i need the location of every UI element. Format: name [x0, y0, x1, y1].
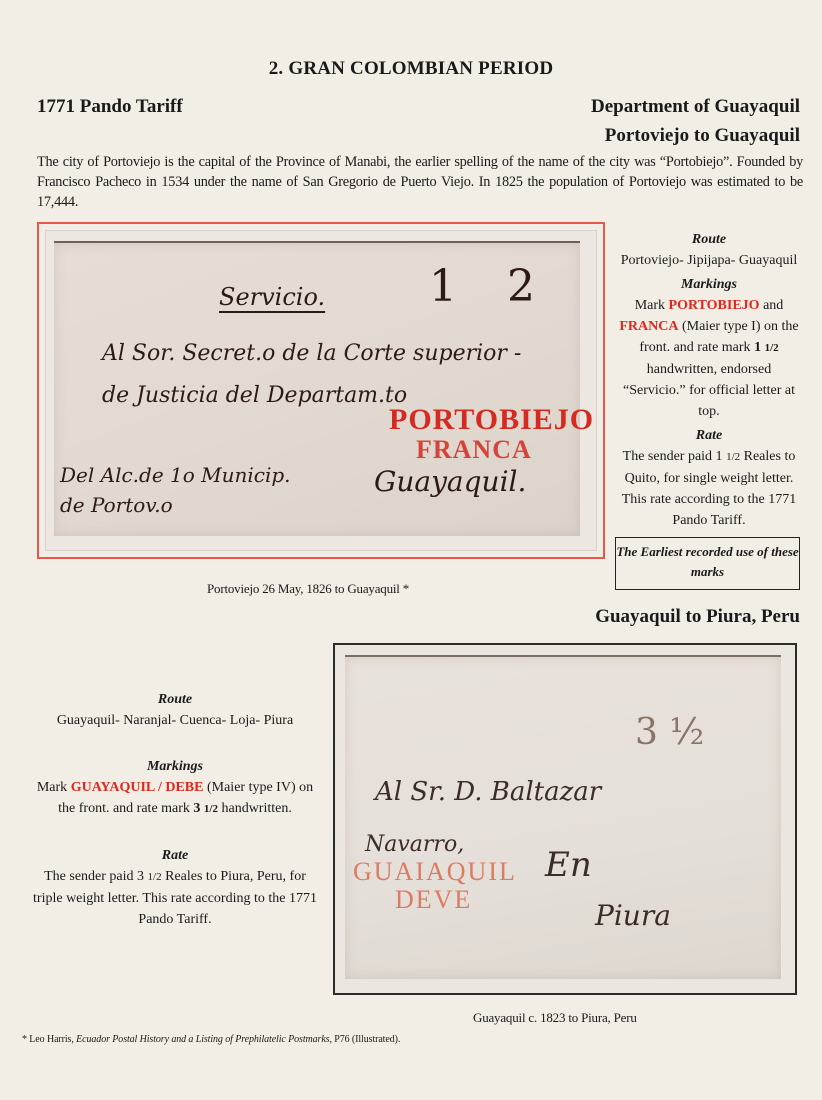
rate-text-1: The sender paid 1 [623, 449, 726, 464]
section1-title: Portoviejo to Guayaquil [605, 125, 800, 147]
markings-prefix: Mark [37, 780, 71, 795]
rate-fraction: 1/2 [726, 451, 740, 463]
letter2-frame: 3 ½ Al Sr. D. Baltazar Navarro, GUAIAQUI… [333, 643, 797, 995]
letter2-cover-image: 3 ½ Al Sr. D. Baltazar Navarro, GUAIAQUI… [345, 655, 781, 979]
rate-text: The sender paid 1 1/2 Reales to Quito, f… [614, 446, 804, 531]
route-heading: Route [614, 229, 804, 250]
footnote-prefix: * Leo Harris, [22, 1034, 76, 1045]
postmark-deve: DEVE [395, 885, 472, 915]
markings-and: and [760, 298, 784, 313]
postmark-portobiejo: PORTOBIEJO [389, 403, 594, 437]
letter2-caption: Guayaquil c. 1823 to Piura, Peru [473, 1010, 637, 1026]
rate-mark-handwritten: 1 2 [429, 261, 553, 312]
letter1-description: Route Portoviejo- Jipijapa- Guayaquil Ma… [614, 226, 804, 531]
earliest-use-note: The Earliest recorded use of these marks [615, 537, 800, 590]
intro-paragraph: The city of Portoviejo is the capital of… [37, 152, 803, 212]
letter1-frame: Servicio. 1 2 Al Sor. Secret.o de la Cor… [37, 222, 605, 559]
tariff-subtitle: 1771 Pando Tariff [37, 96, 183, 118]
rate-heading: Rate [614, 425, 804, 446]
letter1-mount: Servicio. 1 2 Al Sor. Secret.o de la Cor… [45, 230, 597, 551]
mark-guayaquil-debe: GUAYAQUIL / DEBE [71, 780, 204, 795]
mark-franca: FRANCA [619, 319, 678, 334]
postmark-guaiaquil: GUAIAQUIL [353, 857, 517, 887]
rate-mark-handwritten: 3 ½ [635, 712, 704, 753]
rate-whole: 3 [193, 801, 200, 816]
sender-line-1: Del Alc.de 1o Municip. [60, 463, 291, 487]
markings-heading: Markings [30, 756, 320, 777]
route-heading: Route [30, 689, 320, 710]
markings-text-2: handwritten, endorsed “Servicio.” for of… [623, 362, 795, 419]
letter1-cover-image: Servicio. 1 2 Al Sor. Secret.o de la Cor… [54, 241, 580, 536]
department-subtitle: Department of Guayaquil [591, 96, 800, 118]
footnote-book-title: Ecuador Postal History and a Listing of … [76, 1034, 329, 1045]
letter1-caption: Portoviejo 26 May, 1826 to Guayaquil * [207, 581, 409, 597]
route-text: Portoviejo- Jipijapa- Guayaquil [614, 250, 804, 271]
rate-fraction: 1/2 [204, 803, 218, 815]
footnote-suffix: , P76 (Illustrated). [329, 1034, 400, 1045]
markings-text-2: handwritten. [218, 801, 292, 816]
footnote: * Leo Harris, Ecuador Postal History and… [22, 1034, 400, 1045]
address-line-2: Navarro, [365, 832, 464, 857]
markings-heading: Markings [614, 274, 804, 295]
mark-portobiejo: PORTOBIEJO [669, 298, 760, 313]
sender-line-2: de Portov.o [60, 493, 173, 517]
endorsement-servicio: Servicio. [219, 283, 325, 311]
rate-text: The sender paid 3 1/2 Reales to Piura, P… [30, 866, 320, 930]
letter2-description: Route Guayaquil- Naranjal- Cuenca- Loja-… [30, 686, 320, 930]
address-line-1: Al Sr. D. Baltazar [375, 777, 601, 807]
markings-text: Mark GUAYAQUIL / DEBE (Maier type IV) on… [30, 777, 320, 820]
address-line-1: Al Sor. Secret.o de la Corte superior - [102, 341, 521, 366]
rate-fraction: 1/2 [765, 342, 779, 354]
rate-heading: Rate [30, 845, 320, 866]
rate-whole: 1 [754, 340, 761, 355]
page-title: 2. GRAN COLOMBIAN PERIOD [0, 58, 822, 80]
section2-title: Guayaquil to Piura, Peru [595, 606, 800, 628]
address-line-3: Guayaquil. [374, 465, 526, 498]
markings-prefix: Mark [635, 298, 669, 313]
address-line-2: de Justicia del Departam.to [102, 383, 407, 408]
address-line-4: Piura [595, 899, 671, 932]
postmark-franca: FRANCA [416, 435, 532, 465]
rate-text-1: The sender paid 3 [44, 869, 147, 884]
rate-fraction: 1/2 [148, 871, 162, 883]
route-text: Guayaquil- Naranjal- Cuenca- Loja- Piura [30, 710, 320, 731]
address-line-3: En [545, 845, 592, 885]
markings-text: Mark PORTOBIEJO and FRANCA (Maier type I… [614, 295, 804, 422]
